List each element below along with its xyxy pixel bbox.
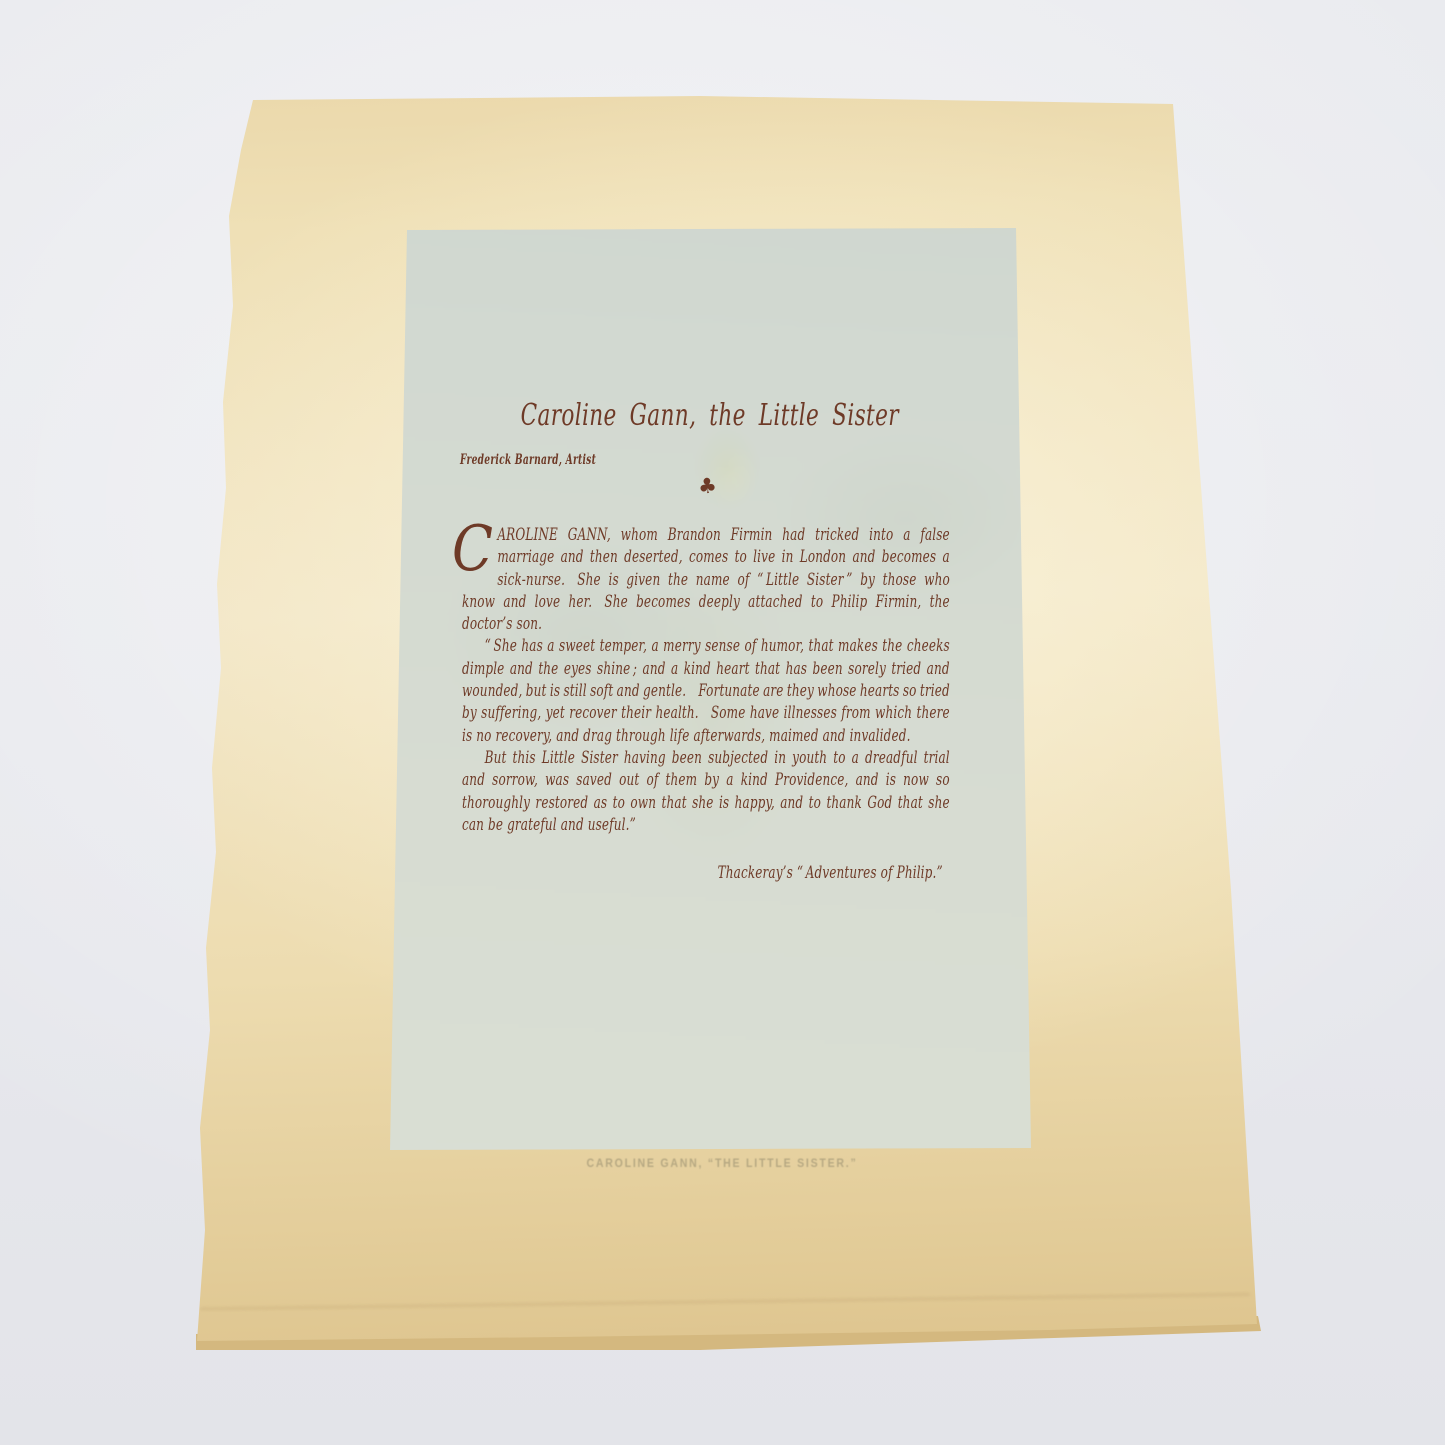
body-text-line: andsorrow,wassavedoutofthembyakindProvid… xyxy=(462,769,950,791)
body-text-line: sick-nurse. Sheisgiventhenameof“ LittleS… xyxy=(462,569,950,591)
club-fleuron-icon: ♣ xyxy=(697,475,718,498)
artist-credit: Frederick Barnard, Artist xyxy=(460,452,596,468)
body-text-line: dimpleandtheeyesshine ;andakindheartthat… xyxy=(462,658,950,680)
attribution: Thackeray’s “ Adventures of Philip.” xyxy=(462,862,950,884)
body-text-line: doctor’s son. xyxy=(462,613,950,635)
body-text-line: AROLINEGANN,whomBrandonFirminhadtrickedi… xyxy=(462,524,950,546)
body-text-line: marriageandthendeserted,comestoliveinLon… xyxy=(462,546,950,568)
page-title: Caroline Gann, the Little Sister xyxy=(410,398,1010,433)
body-text-line: wounded,butisstillsoftandgentle. Fortuna… xyxy=(462,680,950,702)
attribution-block: Thackeray’s “ Adventures of Philip.” xyxy=(462,846,1152,884)
body-text-line: bysuffering,yetrecovertheirhealth. Someh… xyxy=(462,702,950,724)
body-text-line: ButthisLittleSisterhavingbeensubjectedin… xyxy=(462,747,950,769)
book-page: Caroline Gann, the Little Sister Frederi… xyxy=(0,0,1445,1445)
body-text-line: “ Shehasasweettemper,amerrysenseofhumor,… xyxy=(462,635,950,657)
show-through-caption-wrap: CAROLINE GANN, “THE LITTLE SISTER.” xyxy=(422,1152,1022,1171)
show-through-caption: CAROLINE GANN, “THE LITTLE SISTER.” xyxy=(586,1156,857,1170)
photo-backdrop: Caroline Gann, the Little Sister Frederi… xyxy=(0,0,1445,1445)
printed-text-block: Caroline Gann, the Little Sister Frederi… xyxy=(0,0,1445,1445)
body-text: AROLINEGANN,whomBrandonFirminhadtrickedi… xyxy=(462,524,1152,836)
body-text-line: can be grateful and useful.” xyxy=(462,814,950,836)
body-text-line: knowandloveher. Shebecomesdeeplyattached… xyxy=(462,591,950,613)
page-title-text: Caroline Gann, the Little Sister xyxy=(521,398,899,433)
body-text-line: is no recovery, and drag through life af… xyxy=(462,725,950,747)
body-text-line: thoroughlyrestoredastoownthatsheishappy,… xyxy=(462,792,950,814)
